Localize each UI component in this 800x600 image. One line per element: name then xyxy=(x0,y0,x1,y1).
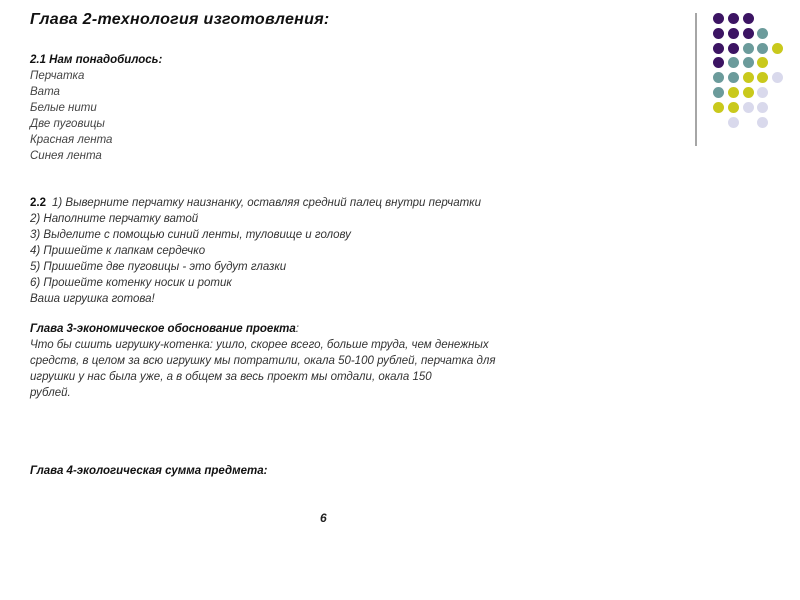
decorative-dot xyxy=(743,72,754,83)
decorative-dot xyxy=(713,87,724,98)
material-item: Белые нити xyxy=(30,100,162,116)
instruction-step: 3) Выделите с помощью синий ленты, тулов… xyxy=(30,227,481,243)
section-2-1-heading: 2.1 Нам понадобилось: xyxy=(30,54,162,66)
decorative-dot xyxy=(743,87,754,98)
decorative-dot xyxy=(713,13,724,24)
material-item: Перчатка xyxy=(30,68,162,84)
section-2-1: 2.1 Нам понадобилось: Перчатка Вата Белы… xyxy=(30,52,162,164)
decorative-dot xyxy=(757,102,768,113)
section-2-2: 2.21) Выверните перчатку наизнанку, оста… xyxy=(30,195,481,307)
chapter-3: Глава 3-экономическое обоснование проект… xyxy=(30,321,590,401)
decorative-dot xyxy=(772,72,783,83)
decorative-dot xyxy=(728,87,739,98)
decorative-dot xyxy=(728,57,739,68)
decorative-dot xyxy=(728,117,739,128)
decorative-dot xyxy=(757,43,768,54)
instruction-step: 2) Наполните перчатку ватой xyxy=(30,211,481,227)
decorative-dot xyxy=(728,28,739,39)
chapter-2-title: Глава 2-технология изготовления: xyxy=(30,11,330,29)
instruction-step: 6) Прошейте котенку носик и ротик xyxy=(30,275,481,291)
decorative-dot xyxy=(757,28,768,39)
decorative-dot xyxy=(743,43,754,54)
decorative-dot xyxy=(728,72,739,83)
slide: Глава 2-технология изготовления: 2.1 Нам… xyxy=(0,0,800,600)
chapter-3-title: Глава 3-экономическое обоснование проект… xyxy=(30,323,296,335)
decorative-dot xyxy=(757,72,768,83)
material-item: Синея лента xyxy=(30,148,162,164)
decorative-dot xyxy=(728,102,739,113)
decorative-dot xyxy=(713,28,724,39)
decorative-dot xyxy=(713,102,724,113)
instruction-step-text: 1) Выверните перчатку наизнанку, оставля… xyxy=(52,197,481,209)
decorative-dot xyxy=(743,13,754,24)
instruction-step: 2.21) Выверните перчатку наизнанку, оста… xyxy=(30,195,481,211)
chapter-3-colon: : xyxy=(296,323,299,335)
decorative-dot xyxy=(728,13,739,24)
chapter-3-body-line: игрушки у нас была уже, а в общем за вес… xyxy=(30,369,590,385)
decorative-dot xyxy=(757,87,768,98)
decorative-dot xyxy=(743,57,754,68)
decorative-dot xyxy=(713,57,724,68)
decorative-dot xyxy=(728,43,739,54)
decorative-dot xyxy=(772,43,783,54)
material-item: Вата xyxy=(30,84,162,100)
decorative-dot xyxy=(713,72,724,83)
completion-note: Ваша игрушка готова! xyxy=(30,291,481,307)
decorative-dot xyxy=(743,28,754,39)
instruction-step: 4) Пришейте к лапкам сердечко xyxy=(30,243,481,259)
page-number: 6 xyxy=(320,511,327,525)
chapter-3-body-line: средств, в целом за всю игрушку мы потра… xyxy=(30,353,590,369)
decorative-dot xyxy=(757,117,768,128)
chapter-3-body-line: Что бы сшить игрушку-котенка: ушло, скор… xyxy=(30,337,590,353)
section-2-2-number: 2.2 xyxy=(30,197,46,209)
decorative-vertical-line xyxy=(695,13,697,146)
decorative-dot xyxy=(743,102,754,113)
material-item: Красная лента xyxy=(30,132,162,148)
instruction-step: 5) Пришейте две пуговицы - это будут гла… xyxy=(30,259,481,275)
decorative-dot xyxy=(713,43,724,54)
decorative-dot xyxy=(757,57,768,68)
chapter-3-body-line: рублей. xyxy=(30,385,590,401)
material-item: Две пуговицы xyxy=(30,116,162,132)
chapter-4-title: Глава 4-экологическая сумма предмета: xyxy=(30,463,267,479)
